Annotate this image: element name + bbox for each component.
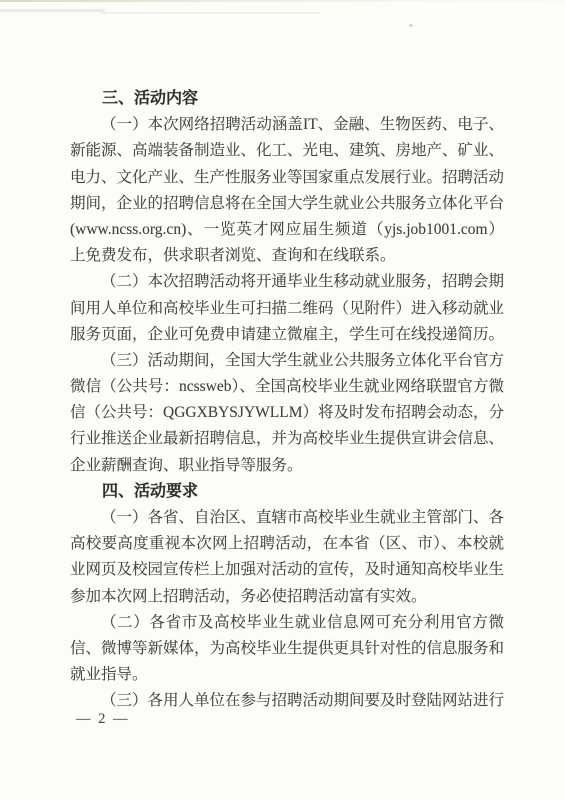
- text-line: 上免费发布，供求职者浏览、查询和在线联系。: [70, 243, 504, 269]
- text-line: 行业推送企业最新招聘信息，并为高校毕业生提供宣讲会信息、: [70, 426, 504, 452]
- paragraph: （三）各用人单位在参与招聘活动期间要及时登陆网站进行: [70, 688, 504, 714]
- text-line: 期间，企业的招聘信息将在全国大学生就业公共服务立体化平台: [70, 191, 504, 217]
- text-line: (www.ncss.org.cn)、一览英才网应届生频道（yjs.job1001…: [70, 217, 504, 243]
- section-heading-1: 三、活动内容: [70, 86, 504, 112]
- text-line: 电力、文化产业、生产性服务业等国家重点发展行业。招聘活动: [70, 165, 504, 191]
- text-line: 服务页面，企业可免费申请建立微雇主，学生可在线投递简历。: [70, 322, 504, 348]
- scanned-document-page: 三、活动内容（一）本次网络招聘活动涵盖IT、金融、生物医药、电子、新能源、高端装…: [0, 0, 565, 800]
- text-line: 参加本次网上招聘活动，务必使招聘活动富有实效。: [70, 584, 504, 610]
- document-body: 三、活动内容（一）本次网络招聘活动涵盖IT、金融、生物医药、电子、新能源、高端装…: [70, 86, 504, 715]
- text-line: （二）各省市及高校毕业生就业信息网可充分利用官方微: [70, 610, 504, 636]
- scan-smudge-artifact: [100, 12, 320, 14]
- paragraph: （一）本次网络招聘活动涵盖IT、金融、生物医药、电子、新能源、高端装备制造业、化…: [70, 112, 504, 269]
- paragraph: （二）本次招聘活动将开通毕业生移动就业服务，招聘会期间用人单位和高校毕业生可扫描…: [70, 269, 504, 348]
- text-line: 业网页及校园宣传栏上加强对活动的宣传，及时通知高校毕业生: [70, 557, 504, 583]
- paragraph: （一）各省、自治区、直辖市高校毕业生就业主管部门、各高校要高度重视本次网上招聘活…: [70, 505, 504, 610]
- text-line: 就业指导。: [70, 662, 504, 688]
- text-line: 微信（公共号：ncssweb）、全国高校毕业生就业网络联盟官方微: [70, 374, 504, 400]
- section-heading-2: 四、活动要求: [70, 479, 504, 505]
- text-line: 高校要高度重视本次网上招聘活动，在本省（区、市）、本校就: [70, 531, 504, 557]
- text-line: 间用人单位和高校毕业生可扫描二维码（见附件）进入移动就业: [70, 296, 504, 322]
- text-line: 新能源、高端装备制造业、化工、光电、建筑、房地产、矿业、: [70, 138, 504, 164]
- scan-speck-artifact: [409, 24, 413, 27]
- paragraph: （二）各省市及高校毕业生就业信息网可充分利用官方微信、微博等新媒体，为高校毕业生…: [70, 610, 504, 689]
- text-line: （二）本次招聘活动将开通毕业生移动就业服务，招聘会期: [70, 269, 504, 295]
- text-line: （一）各省、自治区、直辖市高校毕业生就业主管部门、各: [70, 505, 504, 531]
- text-line: 企业薪酬查询、职业指导等服务。: [70, 453, 504, 479]
- text-line: （一）本次网络招聘活动涵盖IT、金融、生物医药、电子、: [70, 112, 504, 138]
- scan-edge-artifact: [0, 0, 565, 2]
- text-line: （三）活动期间，全国大学生就业公共服务立体化平台官方: [70, 348, 504, 374]
- text-line: 信、微博等新媒体，为高校毕业生提供更具针对性的信息服务和: [70, 636, 504, 662]
- paragraph: （三）活动期间，全国大学生就业公共服务立体化平台官方微信（公共号：ncssweb…: [70, 348, 504, 479]
- text-line: 信（公共号：QGGXBYSJYWLLM）将及时发布招聘会动态，分: [70, 400, 504, 426]
- page-number: — 2 —: [76, 711, 130, 728]
- scan-smudge-artifact: [0, 9, 105, 12]
- text-line: （三）各用人单位在参与招聘活动期间要及时登陆网站进行: [70, 688, 504, 714]
